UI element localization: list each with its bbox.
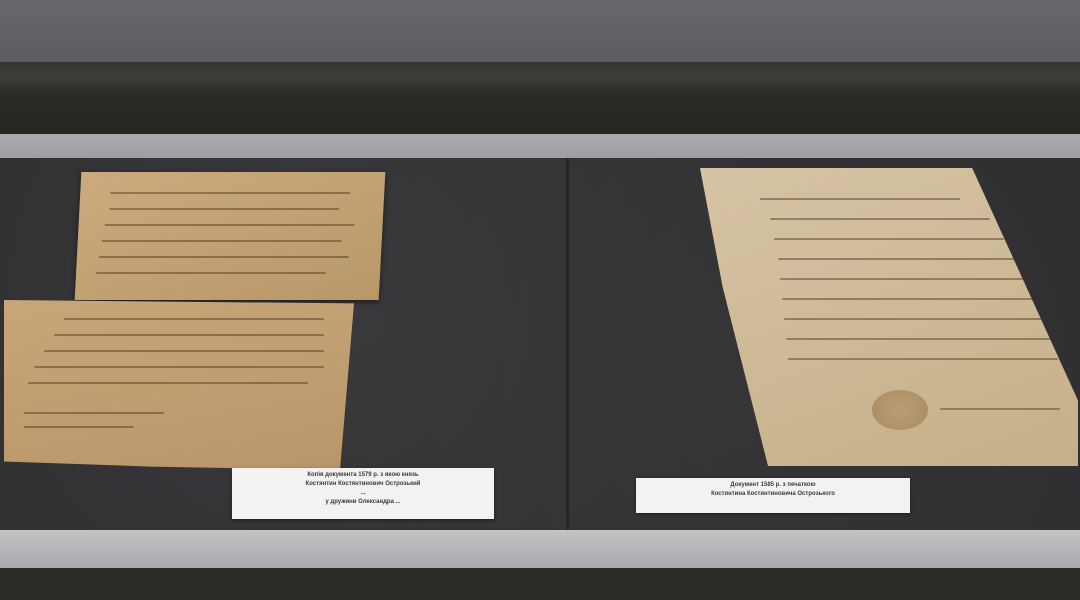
wax-seal [872,390,928,430]
exhibit-label-right: Документ 1585 р. з печаткою Костянтина К… [636,478,910,513]
display-case-base [0,568,1080,600]
felt-seam [566,158,569,530]
label-line: у дружини Олександра ... [232,498,494,507]
label-line: Костянтина Костянтиновича Острозького [636,490,910,499]
display-case-front-edge [0,530,1080,568]
label-line: Копія документа 1579 р. з якою князь [232,471,494,480]
label-line: Костянтин Костянтинович Острозький [232,480,494,489]
label-line: Документ 1585 р. з печаткою [636,481,910,490]
label-line: ... [232,489,494,498]
background-wall [0,0,1080,62]
exhibit-label-left: Копія документа 1579 р. з якою князь Кос… [232,468,494,519]
display-case-rail [0,62,1080,134]
manuscript-left-lower [4,300,354,470]
manuscript-left-upper [75,172,386,300]
